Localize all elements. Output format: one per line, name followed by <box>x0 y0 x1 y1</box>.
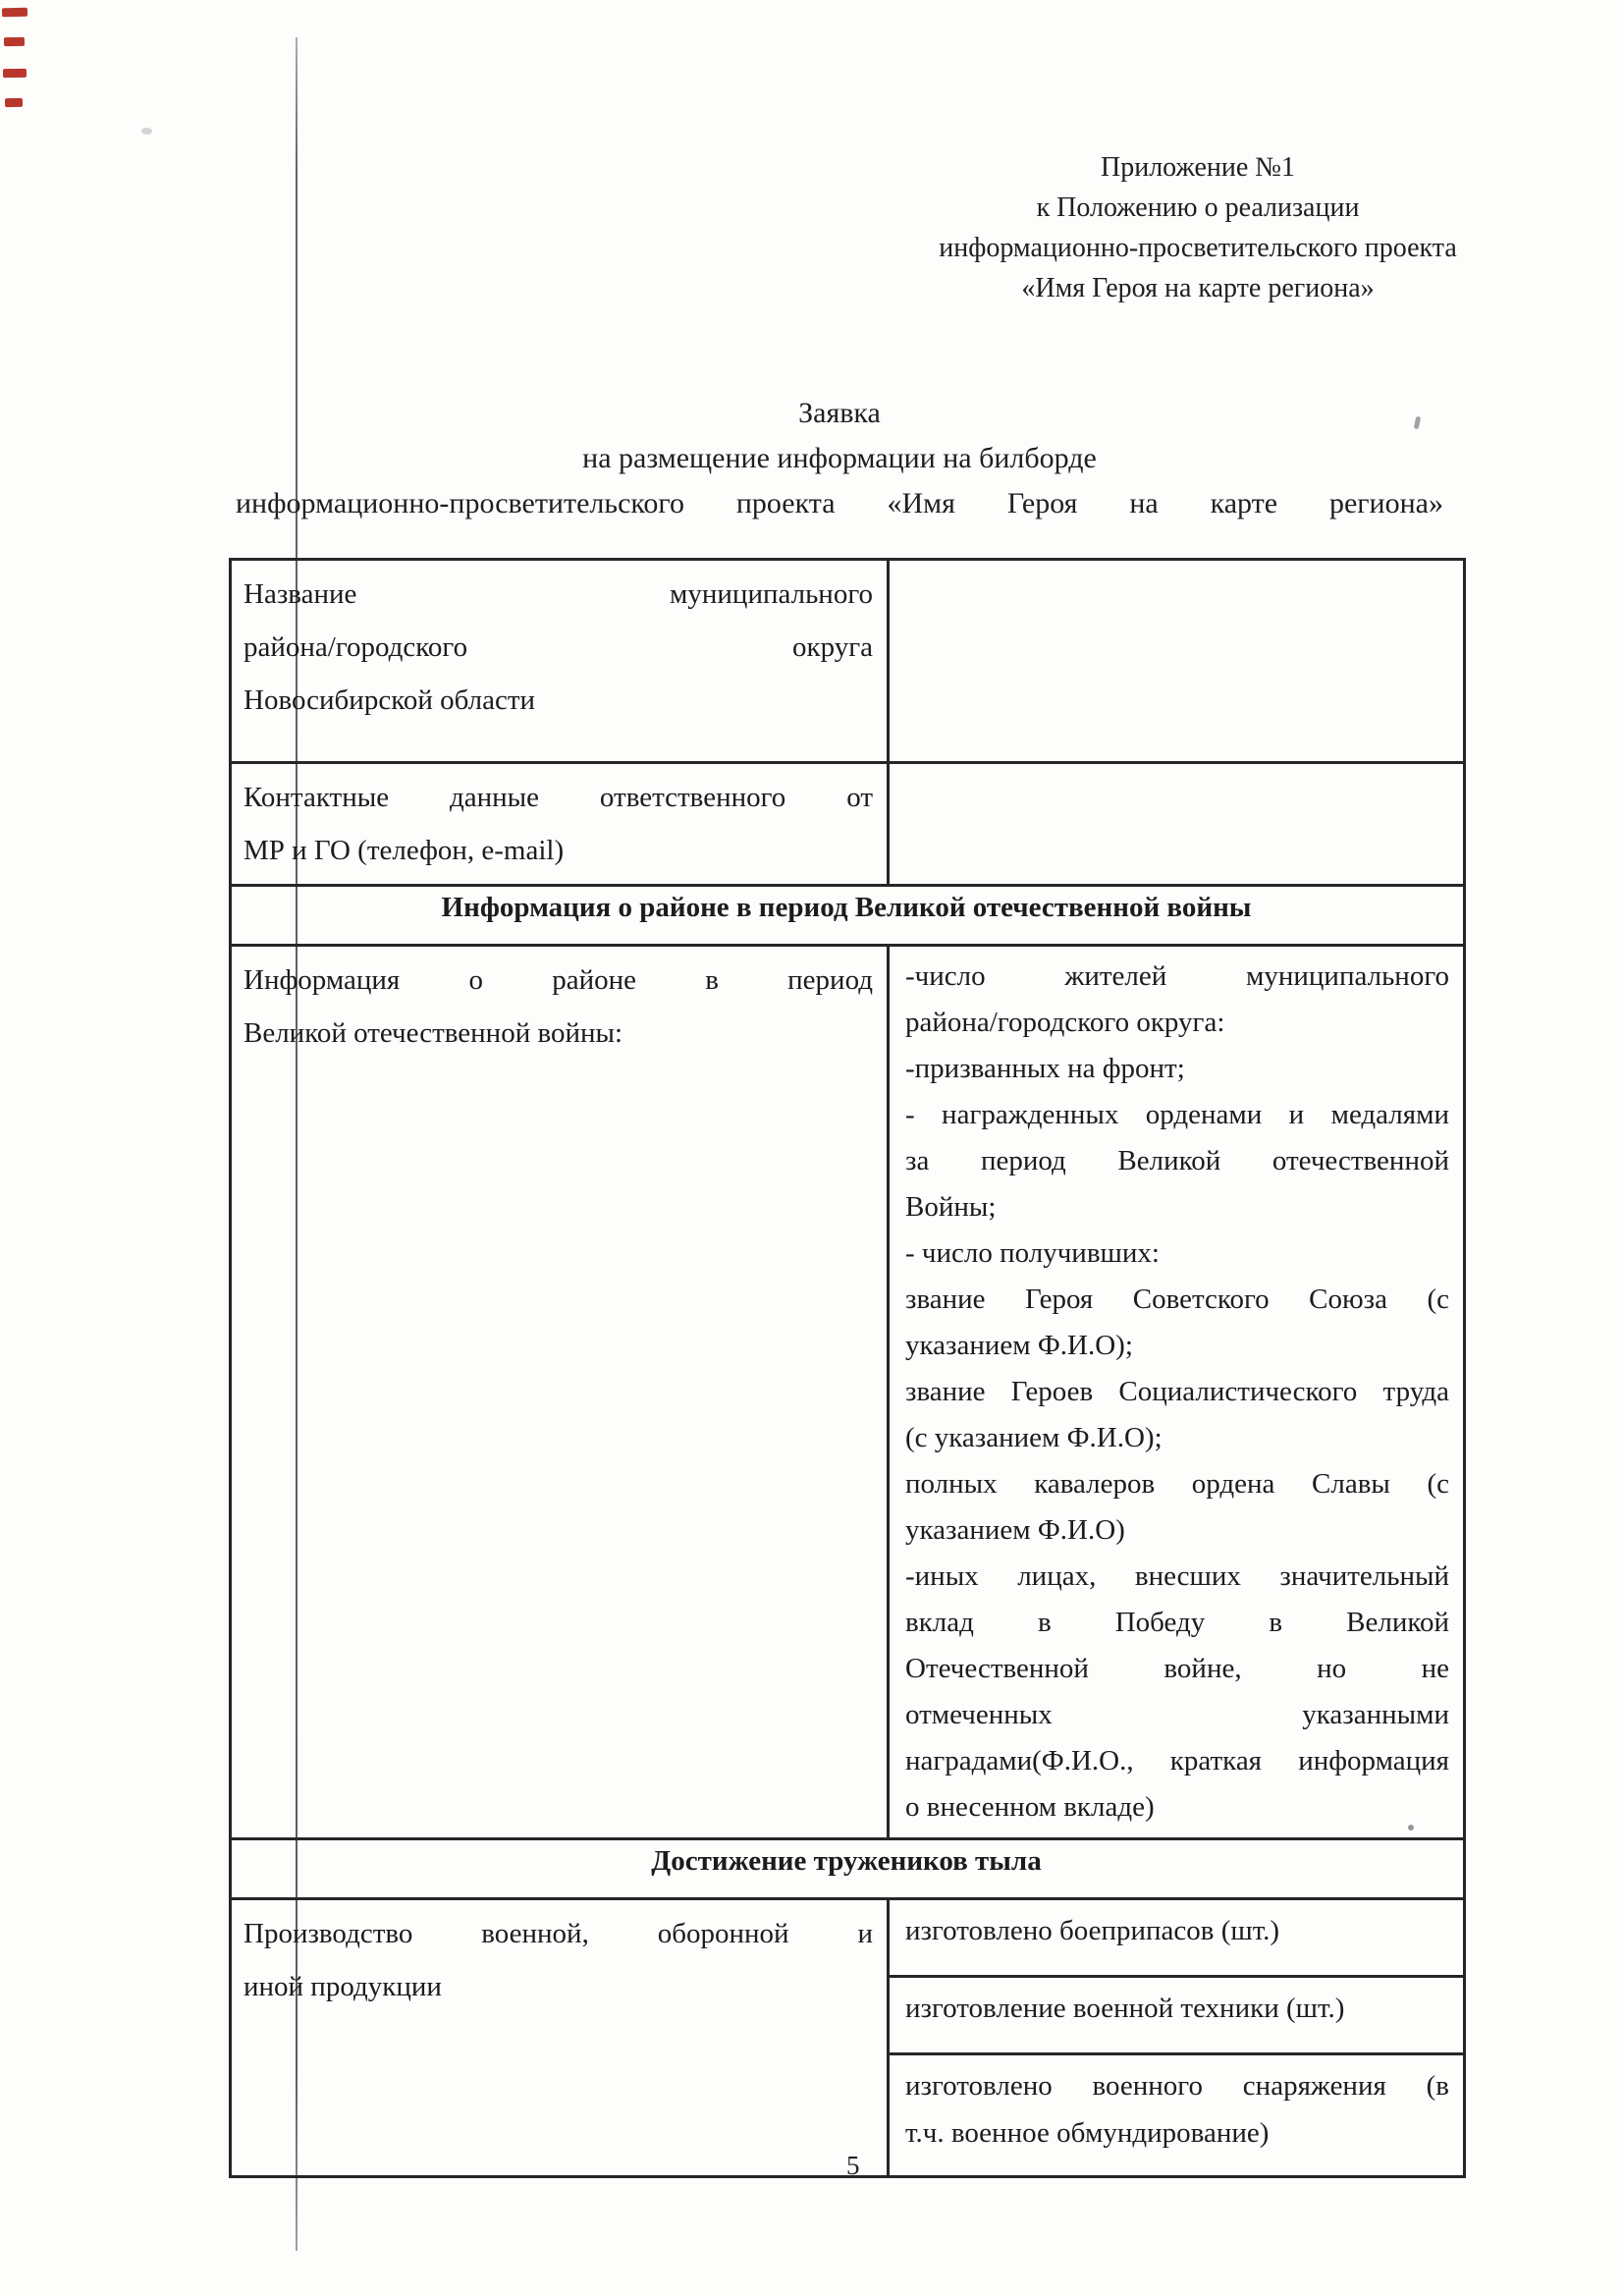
text-line: Производство военной, оборонной и <box>243 1907 873 1960</box>
table-row: Производство военной, оборонной ииной пр… <box>231 1899 1465 1977</box>
text-line: указанием Ф.И.О) <box>905 1507 1449 1554</box>
text-line: полных кавалеров ордена Славы (с <box>905 1461 1449 1507</box>
section-header-home-front: Достижение тружеников тыла <box>231 1839 1465 1899</box>
text-line: к Положению о реализации <box>884 188 1512 228</box>
table-row: Название муниципальногорайона/городского… <box>231 560 1465 763</box>
contact-details-value-cell <box>889 763 1465 886</box>
text-line: Заявка <box>236 391 1443 436</box>
table-section-header-row: Информация о районе в период Великой оте… <box>231 886 1465 946</box>
text-line: изготовление военной техники (шт.) <box>905 1985 1449 2032</box>
text-line: звание Героев Социалистического труда <box>905 1369 1449 1415</box>
appendix-block: Приложение №1к Положению о реализацииинф… <box>884 147 1512 308</box>
municipality-name-label-cell: Название муниципальногорайона/городского… <box>231 560 889 763</box>
text-line: (с указанием Ф.И.О); <box>905 1415 1449 1461</box>
page-number: 5 <box>846 2151 860 2181</box>
text-line: - награжденных орденами и медалями <box>905 1092 1449 1138</box>
text-line: отмеченных указанными <box>905 1692 1449 1738</box>
red-dash-mark <box>4 37 25 46</box>
text-line: информационно-просветительского проекта … <box>236 481 1443 526</box>
text-line: Приложение №1 <box>884 147 1512 188</box>
text-line: Контактные данные ответственного от <box>243 771 873 824</box>
document-title-block: Заявкана размещение информации на билбор… <box>236 391 1443 526</box>
text-line: района/городского округа: <box>905 1000 1449 1046</box>
red-dash-mark <box>3 69 27 78</box>
text-line: за период Великой отечественной <box>905 1138 1449 1184</box>
red-dash-mark <box>2 8 27 17</box>
text-line: информационно-просветительского проекта <box>884 228 1512 268</box>
production-military-gear-cell: изготовлено военного снаряжения (вт.ч. в… <box>889 2054 1465 2177</box>
war-info-label-cell: Информация о районе в периодВеликой отеч… <box>231 946 889 1839</box>
production-ammunition-cell: изготовлено боеприпасов (шт.) <box>889 1899 1465 1977</box>
table-section-header-row: Достижение тружеников тыла <box>231 1839 1465 1899</box>
war-info-details-cell: -число жителей муниципальногорайона/горо… <box>889 946 1465 1839</box>
text-line: указанием Ф.И.О); <box>905 1323 1449 1369</box>
application-table: Название муниципальногорайона/городского… <box>229 558 1466 2178</box>
table-row: Информация о районе в периодВеликой отеч… <box>231 946 1465 1839</box>
text-line: МР и ГО (телефон, e-mail) <box>243 824 873 877</box>
text-line: на размещение информации на билборде <box>236 436 1443 481</box>
text-line: -призванных на фронт; <box>905 1046 1449 1092</box>
text-line: Великой отечественной войны: <box>243 1007 873 1060</box>
text-line: Отечественной войне, но не <box>905 1646 1449 1692</box>
table-row: Контактные данные ответственного отМР и … <box>231 763 1465 886</box>
text-line: иной продукции <box>243 1960 873 2013</box>
text-line: Название муниципального <box>243 568 873 621</box>
text-line: о внесенном вкладе) <box>905 1784 1449 1831</box>
red-dash-mark <box>5 98 23 107</box>
text-line: звание Героя Советского Союза (с <box>905 1277 1449 1323</box>
municipality-name-value-cell <box>889 560 1465 763</box>
section-header-war-info: Информация о районе в период Великой оте… <box>231 886 1465 946</box>
scanned-document-page: Приложение №1к Положению о реализацииинф… <box>0 0 1623 2296</box>
text-line: - число получивших: <box>905 1230 1449 1277</box>
text-line: Информация о районе в период <box>243 954 873 1007</box>
text-line: т.ч. военное обмундирование) <box>905 2109 1449 2157</box>
text-line: -число жителей муниципального <box>905 954 1449 1000</box>
contact-details-label-cell: Контактные данные ответственного отМР и … <box>231 763 889 886</box>
text-line: изготовлено боеприпасов (шт.) <box>905 1907 1449 1954</box>
text-line: вклад в Победу в Великой <box>905 1600 1449 1646</box>
text-line: Войны; <box>905 1184 1449 1230</box>
text-line: района/городского округа <box>243 621 873 674</box>
production-military-equipment-cell: изготовление военной техники (шт.) <box>889 1977 1465 2054</box>
production-label-cell: Производство военной, оборонной ииной пр… <box>231 1899 889 2177</box>
text-line: -иных лицах, внесших значительный <box>905 1554 1449 1600</box>
text-line: наградами(Ф.И.О., краткая информация <box>905 1738 1449 1784</box>
text-line: Новосибирской области <box>243 674 873 727</box>
scan-speck <box>141 128 152 135</box>
text-line: «Имя Героя на карте региона» <box>884 268 1512 308</box>
text-line: изготовлено военного снаряжения (в <box>905 2062 1449 2109</box>
